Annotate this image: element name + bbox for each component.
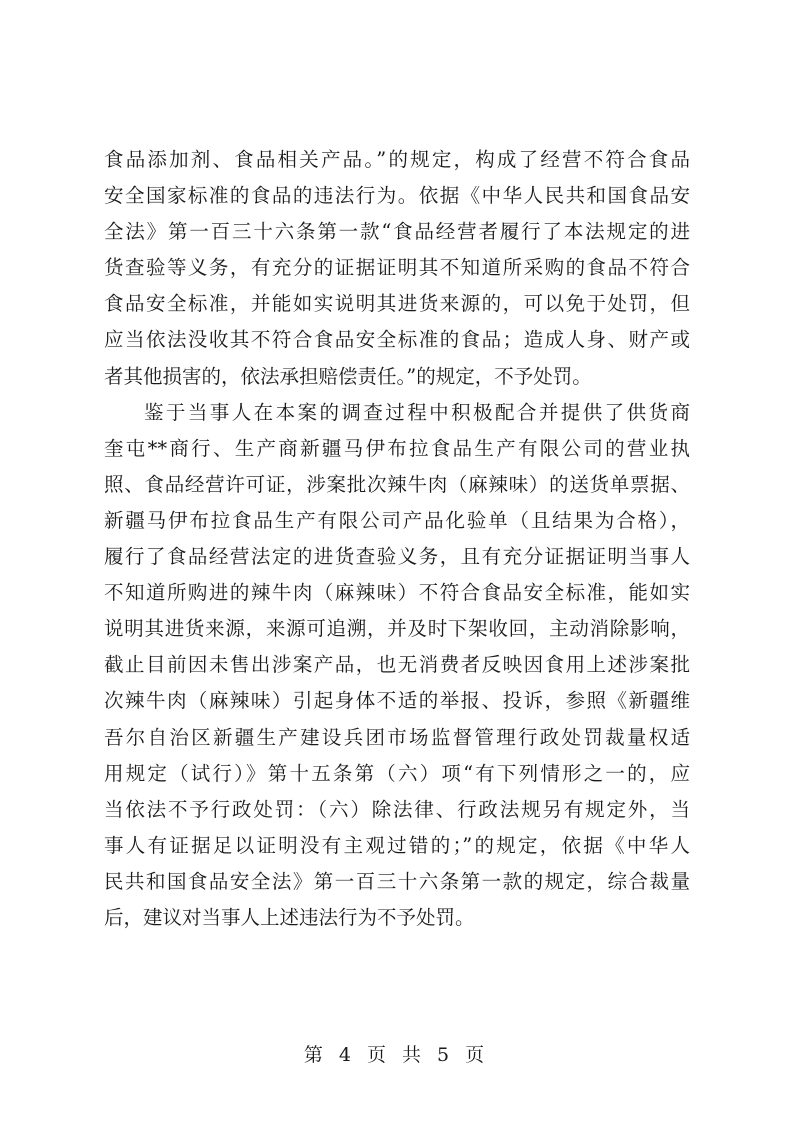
text-line: 履行了食品经营法定的进货查验义务，且有充分证据证明当事人 <box>104 539 690 575</box>
text-line: 者其他损害的，依法承担赔偿责任。”的规定，不予处罚。 <box>104 359 690 395</box>
page-number-footer: 第 4 页 共 5 页 <box>0 1040 793 1067</box>
text-line: 当依法不予行政处罚：（六）除法律、行政法规另有规定外，当 <box>104 792 690 828</box>
text-line: 食品添加剂、食品相关产品。”的规定，构成了经营不符合食品 <box>104 142 690 178</box>
text-line: 全法》第一百三十六条第一款“食品经营者履行了本法规定的进 <box>104 214 690 250</box>
text-line: 截止目前因未售出涉案产品，也无消费者反映因食用上述涉案批 <box>104 647 690 683</box>
text-line: 吾尔自治区新疆生产建设兵团市场监督管理行政处罚裁量权适 <box>104 720 690 756</box>
document-page: 食品添加剂、食品相关产品。”的规定，构成了经营不符合食品 安全国家标准的食品的违… <box>0 0 793 1122</box>
text-line: 用规定（试行）》第十五条第（六）项“有下列情形之一的，应 <box>104 756 690 792</box>
text-line: 安全国家标准的食品的违法行为。依据《中华人民共和国食品安 <box>104 178 690 214</box>
text-line: 食品安全标准，并能如实说明其进货来源的，可以免于处罚，但 <box>104 286 690 322</box>
text-line-indented: 鉴于当事人在本案的调查过程中积极配合并提供了供货商 <box>104 395 690 431</box>
text-line: 货查验等义务，有充分的证据证明其不知道所采购的食品不符合 <box>104 250 690 286</box>
text-line: 说明其进货来源，来源可追溯，并及时下架收回，主动消除影响， <box>104 611 690 647</box>
text-line: 次辣牛肉（麻辣味）引起身体不适的举报、投诉，参照《新疆维 <box>104 683 690 719</box>
text-line: 照、食品经营许可证，涉案批次辣牛肉（麻辣味）的送货单票据、 <box>104 467 690 503</box>
body-text: 食品添加剂、食品相关产品。”的规定，构成了经营不符合食品 安全国家标准的食品的违… <box>104 142 690 936</box>
text-line: 后，建议对当事人上述违法行为不予处罚。 <box>104 900 690 936</box>
text-line: 奎屯**商行、生产商新疆马伊布拉食品生产有限公司的营业执 <box>104 431 690 467</box>
text-line: 民共和国食品安全法》第一百三十六条第一款的规定，综合裁量 <box>104 864 690 900</box>
text-line: 不知道所购进的辣牛肉（麻辣味）不符合食品安全标准，能如实 <box>104 575 690 611</box>
text-line: 事人有证据足以证明没有主观过错的；”的规定，依据《中华人 <box>104 828 690 864</box>
text-line: 新疆马伊布拉食品生产有限公司产品化验单（且结果为合格）， <box>104 503 690 539</box>
text-line: 应当依法没收其不符合食品安全标准的食品；造成人身、财产或 <box>104 322 690 358</box>
